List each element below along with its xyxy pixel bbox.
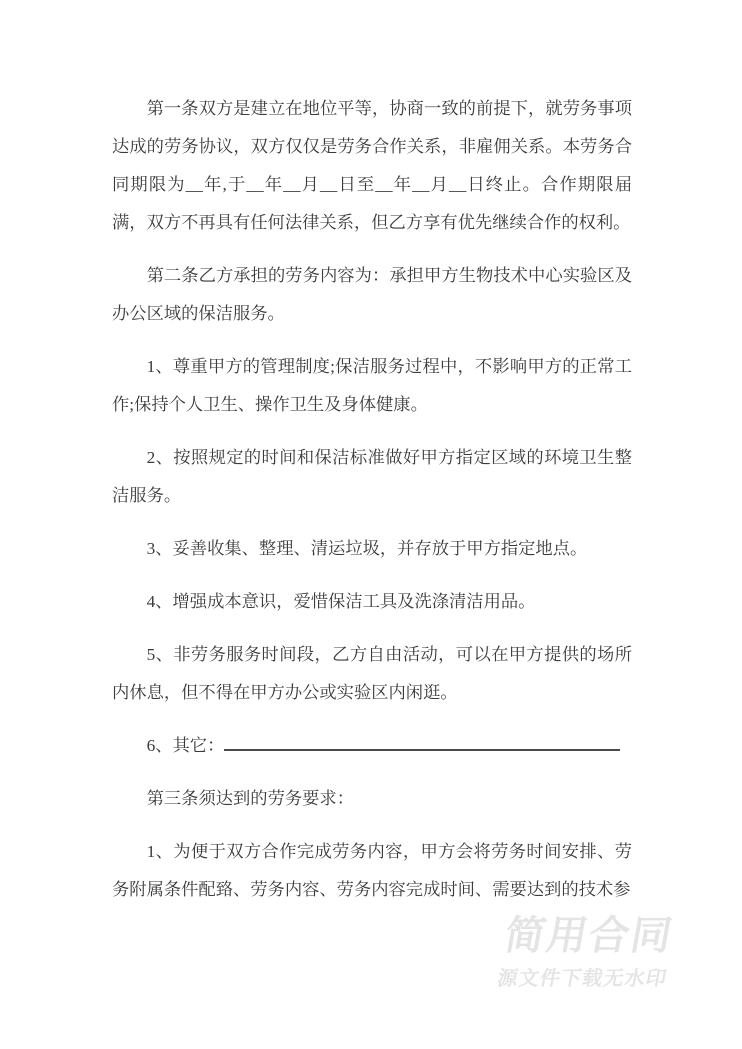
paragraph-clause-2-item-1: 1、尊重甲方的管理制度;保洁服务过程中，不影响甲方的正常工作;保持个人卫生、操作… [112,348,632,424]
paragraph-clause-2-item-4: 4、增强成本意识，爱惜保洁工具及洗涤清洁用品。 [112,583,632,621]
paragraph-clause-2: 第二条乙方承担的劳务内容为：承担甲方生物技术中心实验区及办公区域的保洁服务。 [112,257,632,333]
paragraph-text: 1、尊重甲方的管理制度;保洁服务过程中，不影响甲方的正常工作;保持个人卫生、操作… [112,357,632,414]
paragraph-clause-2-item-5: 5、非劳务服务时间段，乙方自由活动，可以在甲方提供的场所内休息，但不得在甲方办公… [112,636,632,712]
document-body: 第一条双方是建立在地位平等，协商一致的前提下，就劳务事项达成的劳务协议，双方仅仅… [112,90,632,924]
paragraph-text: 6、其它： [147,736,225,755]
paragraph-text: 第三条须达到的劳务要求： [147,789,354,808]
paragraph-clause-2-item-6: 6、其它： [112,727,632,765]
paragraph-clause-3: 第三条须达到的劳务要求： [112,780,632,818]
watermark: 简用合同 源文件下载无水印 [495,914,678,991]
watermark-subtitle-text: 源文件下载无水印 [495,967,669,991]
paragraph-text: 4、增强成本意识，爱惜保洁工具及洗涤清洁用品。 [147,592,536,611]
paragraph-text: 2、按照规定的时间和保洁标准做好甲方指定区域的环境卫生整洁服务。 [112,448,632,505]
paragraph-text: 5、非劳务服务时间段，乙方自由活动，可以在甲方提供的场所内休息，但不得在甲方办公… [112,645,632,702]
fill-in-blank-line [224,736,620,751]
paragraph-text: 第二条乙方承担的劳务内容为：承担甲方生物技术中心实验区及办公区域的保洁服务。 [112,266,632,323]
paragraph-clause-2-item-3: 3、妥善收集、整理、清运垃圾，并存放于甲方指定地点。 [112,530,632,568]
paragraph-clause-2-item-2: 2、按照规定的时间和保洁标准做好甲方指定区域的环境卫生整洁服务。 [112,439,632,515]
paragraph-text: 第一条双方是建立在地位平等，协商一致的前提下，就劳务事项达成的劳务协议，双方仅仅… [112,99,632,232]
paragraph-text: 3、妥善收集、整理、清运垃圾，并存放于甲方指定地点。 [147,539,588,558]
paragraph-clause-3-item-1: 1、为便于双方合作完成劳务内容，甲方会将劳务时间安排、劳务附属条件配臵、劳务内容… [112,833,632,909]
paragraph-clause-1: 第一条双方是建立在地位平等，协商一致的前提下，就劳务事项达成的劳务协议，双方仅仅… [112,90,632,242]
document-page: 第一条双方是建立在地位平等，协商一致的前提下，就劳务事项达成的劳务协议，双方仅仅… [0,0,742,1049]
watermark-brand-text: 简用合同 [501,914,678,958]
paragraph-text: 1、为便于双方合作完成劳务内容，甲方会将劳务时间安排、劳务附属条件配臵、劳务内容… [112,842,632,899]
